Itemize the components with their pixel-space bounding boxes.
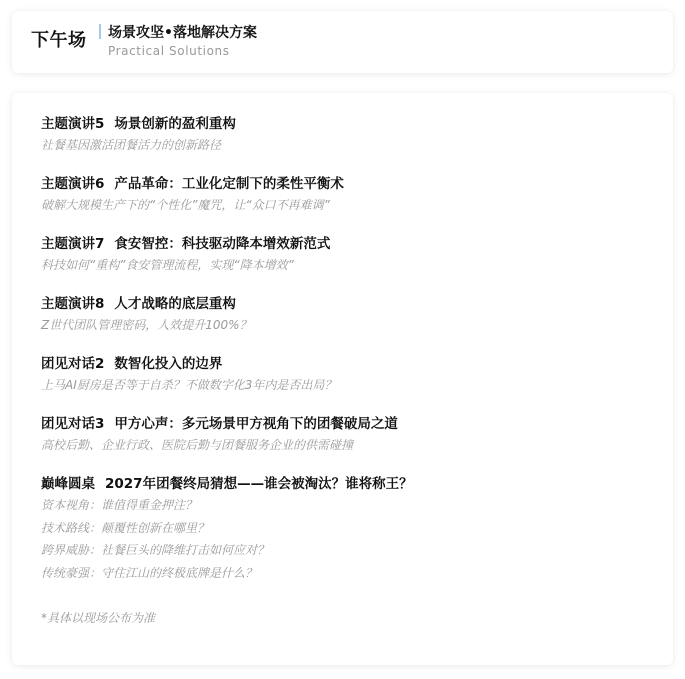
agenda-item-label: 团见对话3 bbox=[41, 416, 104, 432]
agenda-item-roundtable: 巅峰圆桌2027年团餐终局猜想——谁会被淘汰？谁将称王？ 资本视角：谁值得重金押… bbox=[41, 474, 653, 584]
agenda-item: 主题演讲5场景创新的盈利重构 社餐基因激活团餐活力的创新路径 bbox=[41, 114, 653, 156]
agenda-item-description: 社餐基因激活团餐活力的创新路径 bbox=[41, 134, 653, 156]
agenda-item-description: 跨界威胁：社餐巨头的降维打击如何应对？ bbox=[41, 539, 653, 562]
agenda-item-label: 主题演讲6 bbox=[41, 176, 104, 192]
agenda-item-topic: 2027年团餐终局猜想——谁会被淘汰？谁将称王？ bbox=[105, 476, 413, 492]
agenda-item: 团见对话3甲方心声：多元场景甲方视角下的团餐破局之道 高校后勤、企业行政、医院后… bbox=[41, 414, 653, 456]
title-divider bbox=[99, 24, 101, 39]
agenda-item-label: 主题演讲7 bbox=[41, 236, 104, 252]
agenda-item-title: 团见对话3甲方心声：多元场景甲方视角下的团餐破局之道 bbox=[41, 414, 653, 434]
header-card: 下午场 场景攻坚•落地解决方案 Practical Solutions bbox=[12, 11, 673, 73]
agenda-item-topic: 人才战略的底层重构 bbox=[114, 296, 236, 312]
section-title: 场景攻坚•落地解决方案 bbox=[108, 23, 257, 43]
agenda-item-title: 主题演讲8人才战略的底层重构 bbox=[41, 294, 653, 314]
agenda-item-topic: 场景创新的盈利重构 bbox=[114, 116, 236, 132]
agenda-item-description: 资本视角：谁值得重金押注？ bbox=[41, 494, 653, 517]
agenda-item-title: 主题演讲6产品革命：工业化定制下的柔性平衡术 bbox=[41, 174, 653, 194]
agenda-item-description: 高校后勤、企业行政、医院后勤与团餐服务企业的供需碰撞 bbox=[41, 434, 653, 456]
agenda-item-title: 主题演讲5场景创新的盈利重构 bbox=[41, 114, 653, 134]
agenda-item: 主题演讲6产品革命：工业化定制下的柔性平衡术 破解大规模生产下的“个性化”魔咒，… bbox=[41, 174, 653, 216]
agenda-item-description: Z世代团队管理密码，人效提升100%？ bbox=[41, 314, 653, 336]
agenda-item-description: 上马AI厨房是否等于自杀？不做数字化3年内是否出局？ bbox=[41, 374, 653, 396]
section-subtitle: Practical Solutions bbox=[108, 43, 230, 59]
agenda-item-description: 科技如何“重构”食安管理流程，实现“降本增效” bbox=[41, 254, 653, 276]
agenda-item-topic: 数智化投入的边界 bbox=[114, 356, 222, 372]
agenda-item-label: 巅峰圆桌 bbox=[41, 476, 95, 492]
agenda-item: 主题演讲7食安智控：科技驱动降本增效新范式 科技如何“重构”食安管理流程，实现“… bbox=[41, 234, 653, 276]
footnote: *具体以现场公布为准 bbox=[41, 609, 155, 627]
agenda-item-label: 主题演讲8 bbox=[41, 296, 104, 312]
session-label: 下午场 bbox=[31, 29, 87, 53]
agenda-item-topic: 食安智控：科技驱动降本增效新范式 bbox=[114, 236, 330, 252]
agenda-item-title: 主题演讲7食安智控：科技驱动降本增效新范式 bbox=[41, 234, 653, 254]
agenda-item-description: 破解大规模生产下的“个性化”魔咒，让“众口不再难调” bbox=[41, 194, 653, 216]
agenda-item-title: 巅峰圆桌2027年团餐终局猜想——谁会被淘汰？谁将称王？ bbox=[41, 474, 653, 494]
agenda-item: 主题演讲8人才战略的底层重构 Z世代团队管理密码，人效提升100%？ bbox=[41, 294, 653, 336]
agenda-card: 主题演讲5场景创新的盈利重构 社餐基因激活团餐活力的创新路径 主题演讲6产品革命… bbox=[12, 93, 673, 665]
agenda-item-label: 团见对话2 bbox=[41, 356, 104, 372]
agenda-item-description: 传统豪强：守住江山的终极底牌是什么？ bbox=[41, 562, 653, 585]
agenda-item-title: 团见对话2数智化投入的边界 bbox=[41, 354, 653, 374]
agenda-item-label: 主题演讲5 bbox=[41, 116, 104, 132]
agenda-item-topic: 产品革命：工业化定制下的柔性平衡术 bbox=[114, 176, 344, 192]
agenda-item: 团见对话2数智化投入的边界 上马AI厨房是否等于自杀？不做数字化3年内是否出局？ bbox=[41, 354, 653, 396]
agenda-item-description: 技术路线：颠覆性创新在哪里？ bbox=[41, 517, 653, 540]
agenda-item-topic: 甲方心声：多元场景甲方视角下的团餐破局之道 bbox=[114, 416, 398, 432]
